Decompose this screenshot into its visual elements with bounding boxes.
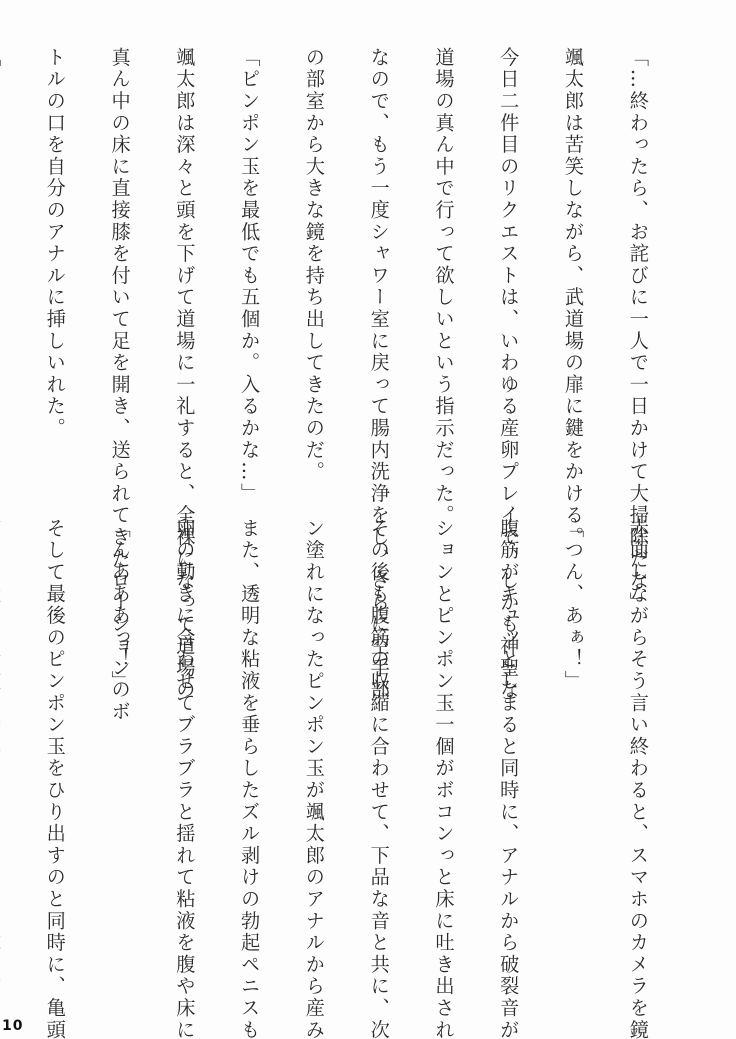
upper-text-block: 「…終わったら、お詫びに一人で一日かけて大掃除だな」 颯太郎は苦笑しながら、武道… [0, 47, 692, 487]
text-column: の部室から大きな鏡を持ち出してきたのだ。 [303, 47, 325, 487]
text-column: 「んあああっ！」 [109, 518, 131, 958]
text-column: 腹筋がキュッとしまると同時に、アナルから破裂音が炸裂し、ロー [498, 518, 520, 958]
text-column: 「…っんあ」 [0, 47, 1, 487]
text-column: 颯太郎は苦笑しながら、武道場の扉に鍵をかける。 [562, 47, 584, 487]
text-column: 道場の真ん中で行って欲しいという指示だった。 [433, 47, 455, 487]
text-column: 今日二件目のリクエストは、いわゆる産卵プレイで、しかも神聖な [498, 47, 520, 487]
text-column: また、透明な粘液を垂らしたズル剥けの勃起ペニスも、颯太郎の産 [239, 518, 261, 958]
text-column: 赤面しながらそう言い終わると、スマホのカメラを鏡に向けた。 [627, 518, 649, 958]
text-column: 卵の動きに合わせてブラブラと揺れて粘液を腹や床に撒き散らす。 [174, 518, 196, 958]
text-column: そして最後のピンポン玉をひり出すのと同時に、亀頭の先からダラ [44, 518, 66, 958]
page-number: 10 [2, 1018, 23, 1034]
text-column: ションとピンポン玉一個がボコンっと床に吐き出される。 [433, 518, 455, 958]
text-column: 颯太郎は深々と頭を下げて道場に一礼すると、全裸になって道場の [174, 47, 196, 487]
text-column: ン塗れになったピンポン玉が颯太郎のアナルから産み落とされていく。 [303, 518, 325, 958]
text-column: 真ん中の床に直接膝を付いて足を開き、送られてきたローションのボ [109, 47, 131, 487]
text-column: その後も腹筋の収縮に合わせて、下品な音と共に、次々とローショ [368, 518, 390, 958]
text-column: 「つん、あぁ！」 [562, 518, 584, 958]
text-column: 「ピンポン玉を最低でも五個か。入るかな…」 [239, 47, 261, 487]
lower-text-block: 赤面しながらそう言い終わると、スマホのカメラを鏡に向けた。 「つん、あぁ！」 腹… [0, 518, 692, 958]
text-column: ダラと大量の精液が漏れだして、ペニスと床を濡らした。 [0, 518, 1, 958]
document-page: 「…終わったら、お詫びに一人で一日かけて大掃除だな」 颯太郎は苦笑しながら、武道… [0, 0, 736, 1039]
text-column: 「…終わったら、お詫びに一人で一日かけて大掃除だな」 [627, 47, 649, 487]
text-column: なので、もう一度シャワー室に戻って腸内洗浄をし、さらに空手部 [368, 47, 390, 487]
text-column: トルの口を自分のアナルに挿しいれた。 [44, 47, 66, 487]
